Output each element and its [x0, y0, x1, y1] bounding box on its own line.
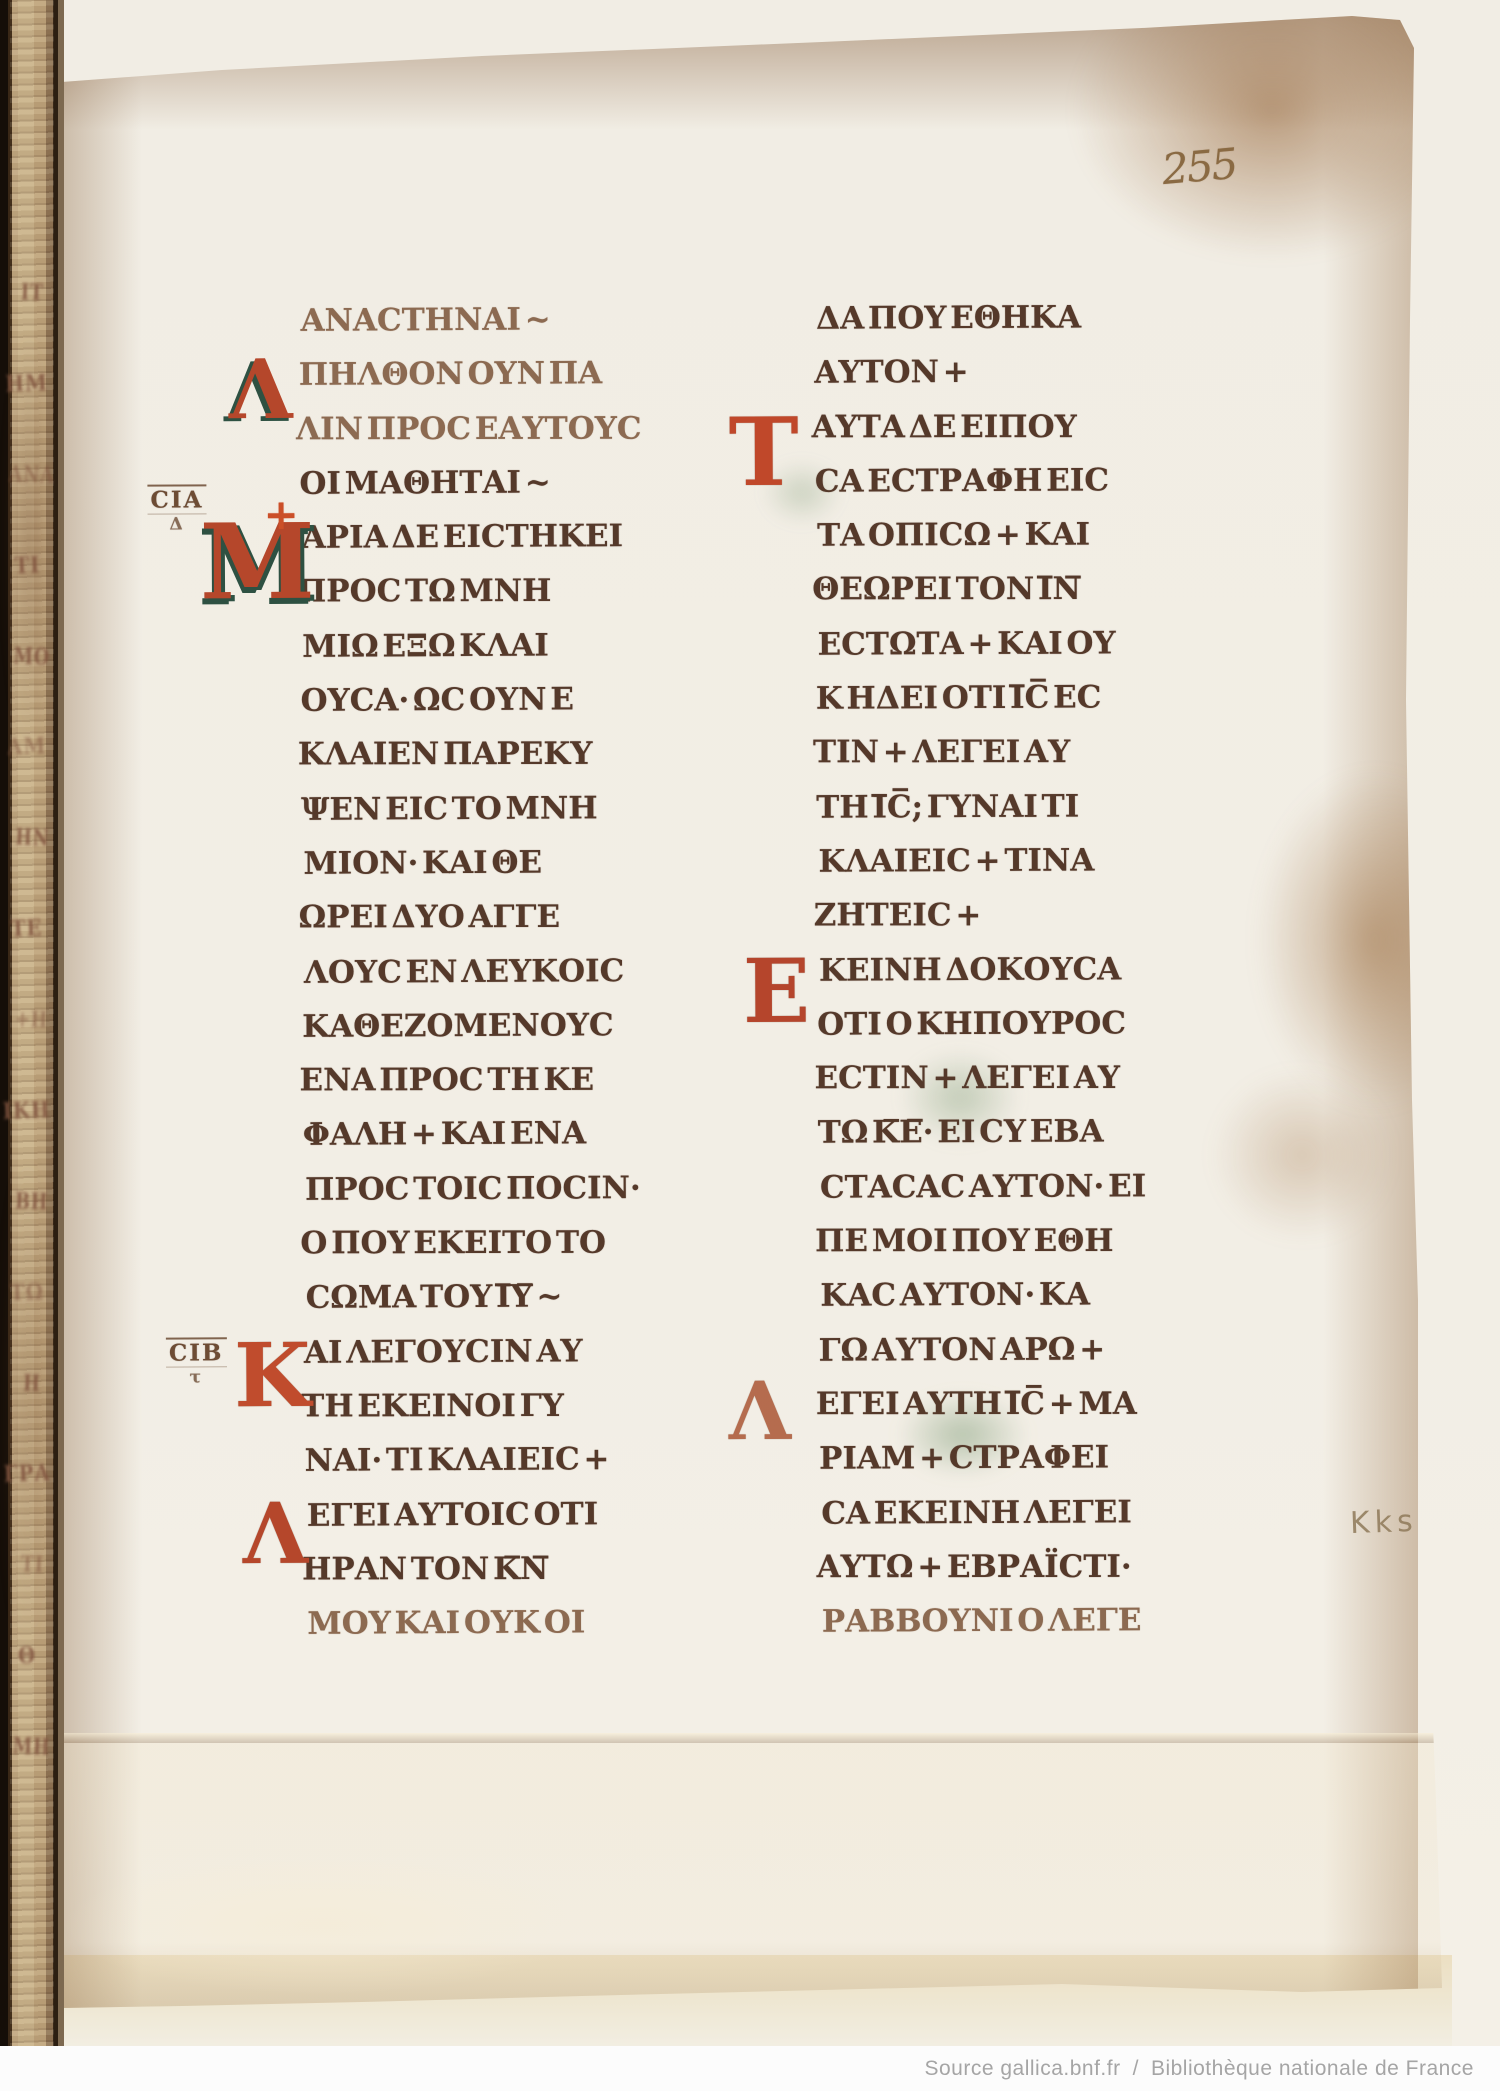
- manuscript-line: ΜΙΟΝ· ΚΑΙ ΘΕ: [301, 844, 631, 900]
- line-text: ΛΙΝ ΠΡΟC ΕΑΥΤΟΥC: [296, 410, 641, 447]
- line-text: ΕCΤΙΝ + ΛΕΓΕΙ ΑΥ: [814, 1060, 1120, 1096]
- manuscript-line: CΤΑCΑC ΑΥΤΟΝ· ΕΙ: [818, 1168, 1148, 1224]
- line-text: ΔΑ ΠΟΥ ΕΘΗΚΑ: [816, 300, 1081, 337]
- manuscript-line: ΚΛΑΙΕΝ ΠΑΡΕΚΥ: [301, 736, 631, 792]
- line-text: ΤΙΝ + ΛΕΓΕΙ ΑΥ: [813, 734, 1070, 770]
- manuscript-line: CΩΜΑ ΤΟΥ Ι̅Υ̅ ~: [304, 1278, 634, 1334]
- line-text: CΤΑCΑC ΑΥΤΟΝ· ΕΙ: [820, 1168, 1146, 1205]
- manuscript-line: ΕΚΕΙΝΗ ΔΟΚΟΥCΑ: [817, 951, 1147, 1007]
- line-text: ΦΑΛΗ + ΚΑΙ ΕΝΑ: [303, 1116, 586, 1153]
- manuscript-line: CΑ ΕΚΕΙΝΗ ΛΕΓΕΙ: [819, 1494, 1149, 1550]
- margin-note-sub: Δ: [148, 515, 207, 535]
- manuscript-line: ΛΕΓΕΙ ΑΥΤΟΙC ΟΤΙ: [305, 1496, 635, 1552]
- line-text: CΩΜΑ ΤΟΥ Ι̅Υ̅ ~: [306, 1279, 563, 1316]
- manuscript-line: ΗΡΑΝ ΤΟΝ Κ̅Ν̅: [305, 1550, 635, 1606]
- manuscript-line: ΡΙΑΜ + CΤΡΑΦΕΙ: [819, 1440, 1149, 1496]
- manuscript-line: ΠΡΟC ΤΟΙC ΠΟCΙΝ·: [303, 1170, 633, 1226]
- line-text: ΜΙΟΝ· ΚΑΙ ΘΕ: [303, 845, 542, 882]
- bleed-text-fragment: ΜΟ: [13, 643, 50, 670]
- left-text-column: ΑΝΑCΤΗΝΑΙ ~ΛΠΗΛΘΟΝ ΟΥΝ ΠΑΛΙΝ ΠΡΟC ΕΑΥΤΟΥ…: [298, 301, 635, 1660]
- manuscript-line: Κ ΗΔΕΙ ΟΤΙ Ι̅C̅ ΕC: [816, 679, 1146, 735]
- line-text: ΕΝΑ ΠΡΟC ΤΗ ΚΕ: [299, 1062, 594, 1099]
- manuscript-line: ΛΙΝ ΠΡΟC ΕΑΥΤΟΥC: [299, 410, 629, 466]
- right-text-column: ΔΑ ΠΟΥ ΕΘΗΚΑΑΥΤΟΝ +ΤΑΥΤΑ ΔΕ ΕΙΠΟΥCΑ ΕCΤΡ…: [814, 299, 1150, 1658]
- light-patch-bottom-left: [62, 1855, 582, 1995]
- manuscript-line: ΚΛΑΙΕΙC + ΤΙΝΑ: [816, 842, 1146, 898]
- bleed-text-fragment: ΑΝΑ: [9, 461, 56, 489]
- bleed-text-fragment: ΜΗ: [13, 1733, 52, 1760]
- line-text: ΨΕΝ ΕΙC ΤΟ ΜΝΗ: [301, 790, 598, 828]
- line-text: ΗΡΑΝ ΤΟΝ Κ̅Ν̅: [302, 1551, 548, 1587]
- line-text: ΤΗ Ι̅C̅; ΓΥΝΑΙ ΤΙ: [816, 788, 1079, 825]
- footer-institution-text: Bibliothèque nationale de France: [1151, 2057, 1474, 2081]
- bleed-text-fragment: ΑΜ: [7, 734, 47, 761]
- decorated-initial: Κ: [234, 1330, 311, 1418]
- manuscript-line: ΚΑC ΑΥΤΟΝ· ΚΑ: [818, 1277, 1148, 1333]
- bleed-text-fragment: ΤΕ: [11, 916, 44, 943]
- manuscript-line: ΤΙΝ + ΛΕΓΕΙ ΑΥ: [816, 734, 1146, 790]
- manuscript-line: ΖΗΤΕΙC +: [817, 897, 1147, 953]
- line-text: CΑ ΕCΤΡΑΦΗ ΕΙC: [815, 462, 1109, 499]
- manuscript-line: ΑΥΤΟΝ +: [814, 354, 1144, 410]
- line-text: ΚΛΑΙΕΙC + ΤΙΝΑ: [818, 842, 1094, 879]
- line-text: ΠΕ ΜΟΙ ΠΟΥ ΕΘΗ: [815, 1223, 1113, 1259]
- bleed-text-fragment: ΗΝ: [14, 825, 49, 852]
- line-text: ΓΩ ΑΥΤΟΝ ΑΡΩ +: [819, 1331, 1106, 1368]
- line-text: ΤΩ Κ̅Ε̅· ΕΙ CΥ ΕΒΑ: [818, 1114, 1104, 1151]
- line-text: ΠΗΛΘΟΝ ΟΥΝ ΠΑ: [299, 356, 603, 394]
- bleed-text-fragment: ΗΜ: [5, 370, 48, 397]
- bleed-text-fragment: ΤΙ: [20, 1552, 44, 1579]
- margin-note-label: CΙΑ: [147, 485, 206, 515]
- line-text: ΜΙΩ ΕΞΩ ΚΛΑΙ: [302, 627, 549, 664]
- manuscript-line: ΚCΙΒτΑΙ ΛΕΓΟΥCΙΝ ΑΥ: [304, 1333, 634, 1389]
- book-fore-edge: ΙΤΗΜΑΝΑΤΙΜΟΑΜΗΝΤΕ+ΗΙΚΗΒΗΤΩΗΓΡΑΤΙΘΜΗ: [0, 0, 64, 2046]
- stain-right-large: [1257, 770, 1492, 1110]
- line-text: ΤΗ ΕΚΕΙΝΟΙ ΓΥ: [301, 1388, 564, 1424]
- manuscript-line: ΤΗ ΕΚΕΙΝΟΙ ΓΥ: [304, 1387, 634, 1443]
- bleed-text-fragment: Η: [23, 1370, 41, 1397]
- line-text: ΝΑΙ· ΤΙ ΚΛΑΙΕΙC +: [304, 1441, 609, 1479]
- line-text: ΤΑ ΟΠΙCΩ + ΚΑΙ: [817, 517, 1090, 554]
- decorated-initial: Λ: [229, 349, 293, 431]
- line-text: ΛΟΥC ΕΝ ΛΕΥΚΟΙC: [304, 953, 625, 991]
- manuscript-line: Μ+CΙΑΔΑΡΙΑ ΔΕ ΕΙCΤΗΚΕΙ: [300, 518, 630, 574]
- manuscript-line: ΤΩ Κ̅Ε̅· ΕΙ CΥ ΕΒΑ: [818, 1114, 1148, 1170]
- manuscript-line: ΟΙ ΜΑΘΗΤΑΙ ~: [299, 464, 629, 520]
- manuscript-line: ΘΕΩΡΕΙ ΤΟΝ Ι̅Ν̅: [815, 571, 1145, 627]
- bleed-text-column: ΙΤΗΜΑΝΑΤΙΜΟΑΜΗΝΤΕ+ΗΙΚΗΒΗΤΩΗΓΡΑΤΙΘΜΗ: [6, 280, 52, 1760]
- stain-right-small: [1212, 1070, 1392, 1240]
- manuscript-line: ΠΕ ΜΟΙ ΠΟΥ ΕΘΗ: [818, 1222, 1148, 1278]
- line-text: ΑΡΙΑ ΔΕ ΕΙCΤΗΚΕΙ: [302, 518, 624, 556]
- manuscript-line: Ο ΠΟΥ ΕΚΕΙΤΟ ΤΟ: [303, 1224, 633, 1280]
- line-text: ΡΙΑΜ + CΤΡΑΦΕΙ: [819, 1440, 1109, 1477]
- line-text: ΠΡΟC ΤΩ ΜΝΗ: [297, 573, 552, 609]
- manuscript-line: ΕΝΑ ΠΡΟC ΤΗ ΚΕ: [302, 1061, 632, 1117]
- manuscript-line: ΩΡΕΙ ΔΥΟ ΑΓΓΕ: [302, 898, 632, 954]
- manuscript-line: ΛΠΗΛΘΟΝ ΟΥΝ ΠΑ: [299, 355, 629, 411]
- margin-lection-number: CΙΑΔ: [147, 485, 206, 535]
- pencil-mark: Kks: [1349, 1504, 1418, 1541]
- page-gutter-shading: [62, 0, 142, 2012]
- bleed-text-fragment: ΤΙ: [14, 552, 41, 579]
- line-text: ΚΕΙΝΗ ΔΟΚΟΥCΑ: [819, 951, 1122, 988]
- manuscript-line: ΑΝΑCΤΗΝΑΙ ~: [298, 301, 628, 357]
- manuscript-line: ΚΑΘΕΖΟΜΕΝΟΥC: [302, 1007, 632, 1063]
- line-text: ΟΥCΑ· ΩC ΟΥΝ Ε: [300, 682, 574, 719]
- red-cross-mark: +: [263, 490, 298, 539]
- footer-bar: Source gallica.bnf.fr / Bibliothèque nat…: [0, 2046, 1500, 2091]
- line-text: ΕΓΕΙ ΑΥΤΟΙC ΟΤΙ: [307, 1496, 599, 1534]
- bleed-text-fragment: ΒΗ: [15, 1188, 49, 1215]
- manuscript-line: ΟΤΙ Ο ΚΗΠΟΥΡΟC: [817, 1005, 1147, 1061]
- line-text: ΟΤΙ Ο ΚΗΠΟΥΡΟC: [817, 1005, 1126, 1042]
- bleed-text-fragment: ΙΚΗ: [3, 1097, 52, 1125]
- folio-number: 255: [1160, 139, 1238, 194]
- manuscript-line: ΟΥCΑ· ΩC ΟΥΝ Ε: [300, 681, 630, 737]
- decorated-initial: Λ: [729, 1371, 791, 1451]
- line-text: ΑΥΤΟΝ +: [814, 354, 969, 391]
- manuscript-line: ΦΑΛΗ + ΚΑΙ ΕΝΑ: [303, 1116, 633, 1172]
- bleed-text-fragment: ΓΡΑ: [3, 1461, 51, 1489]
- margin-note-label: CΙΒ: [166, 1337, 227, 1367]
- manuscript-line: ΤΑΥΤΑ ΔΕ ΕΙΠΟΥ: [815, 408, 1145, 464]
- line-text: ΕΓΕΙ ΑΥΤΗ Ι̅C̅ + ΜΑ: [816, 1386, 1137, 1422]
- line-text: ΑΥΤΩ + ΕΒΡΑΪCΤΙ·: [817, 1549, 1132, 1585]
- stain-top-right: [1072, 0, 1472, 260]
- manuscript-line: ΠΡΟC ΤΩ ΜΝΗ: [300, 573, 630, 629]
- line-text: ΠΡΟC ΤΟΙC ΠΟCΙΝ·: [305, 1170, 641, 1208]
- line-text: ΚΛΑΙΕΝ ΠΑΡΕΚΥ: [298, 736, 593, 773]
- footer-separator: /: [1133, 2057, 1139, 2081]
- line-text: Κ ΗΔΕΙ ΟΤΙ Ι̅C̅ ΕC: [816, 680, 1102, 717]
- line-text: Ο ΠΟΥ ΕΚΕΙΤΟ ΤΟ: [300, 1225, 606, 1262]
- line-text: ΖΗΤΕΙC +: [814, 898, 982, 934]
- line-text: ΑΥΤΑ ΔΕ ΕΙΠΟΥ: [812, 409, 1077, 445]
- manuscript-photo: 255 Kks ΑΝΑCΤΗΝΑΙ ~ΛΠΗΛΘΟΝ ΟΥΝ ΠΑΛΙΝ ΠΡΟ…: [0, 0, 1500, 2046]
- manuscript-line: ΔΑ ΠΟΥ ΕΘΗΚΑ: [814, 299, 1144, 355]
- line-text: CΑ ΕΚΕΙΝΗ ΛΕΓΕΙ: [821, 1494, 1132, 1531]
- line-text: ΚΑΘΕΖΟΜΕΝΟΥC: [302, 1007, 614, 1045]
- bleed-text-fragment: Θ: [17, 1643, 36, 1670]
- manuscript-line: ΨΕΝ ΕΙC ΤΟ ΜΝΗ: [301, 790, 631, 846]
- manuscript-line: ΜΟΥ ΚΑΙ ΟΥΚ ΟΙ: [305, 1604, 635, 1660]
- manuscript-line: ΕCΤΙΝ + ΛΕΓΕΙ ΑΥ: [817, 1059, 1147, 1115]
- parchment-page: 255 Kks ΑΝΑCΤΗΝΑΙ ~ΛΠΗΛΘΟΝ ΟΥΝ ΠΑΛΙΝ ΠΡΟ…: [62, 0, 1448, 2012]
- decorated-initial: Ε: [743, 946, 810, 1034]
- bleed-text-fragment: ΙΤ: [20, 280, 44, 307]
- manuscript-line: ΛΟΥC ΕΝ ΛΕΥΚΟΙC: [302, 953, 632, 1009]
- line-text: ΑΙ ΛΕΓΟΥCΙΝ ΑΥ: [304, 1333, 583, 1370]
- decorated-initial: Λ: [243, 1491, 309, 1575]
- manuscript-line: ΑΥΤΩ + ΕΒΡΑΪCΤΙ·: [819, 1548, 1149, 1604]
- manuscript-line: ΛΕΓΕΙ ΑΥΤΗ Ι̅C̅ + ΜΑ: [819, 1385, 1149, 1441]
- margin-note-sub: τ: [166, 1367, 227, 1387]
- margin-lection-number: CΙΒτ: [166, 1337, 227, 1387]
- line-text: ΚΑC ΑΥΤΟΝ· ΚΑ: [820, 1277, 1090, 1314]
- decorated-initial: Τ: [728, 405, 798, 499]
- manuscript-line: ΡΑΒΒΟΥΝΙ Ο ΛΕΓΕ: [820, 1602, 1150, 1658]
- line-text: ΩΡΕΙ ΔΥΟ ΑΓΓΕ: [299, 899, 561, 935]
- line-text: ΡΑΒΒΟΥΝΙ Ο ΛΕΓΕ: [822, 1602, 1142, 1639]
- horizontal-crease: [62, 1733, 1448, 1743]
- manuscript-line: ΝΑΙ· ΤΙ ΚΛΑΙΕΙC +: [304, 1441, 634, 1497]
- line-text: ΘΕΩΡΕΙ ΤΟΝ Ι̅Ν̅: [812, 572, 1081, 608]
- manuscript-line: ΤΗ Ι̅C̅; ΓΥΝΑΙ ΤΙ: [816, 788, 1146, 844]
- manuscript-line: CΑ ΕCΤΡΑΦΗ ΕΙC: [815, 462, 1145, 518]
- line-text: ΜΟΥ ΚΑΙ ΟΥΚ ΟΙ: [307, 1605, 585, 1642]
- manuscript-line: ΕCΤΩΤΑ + ΚΑΙ ΟΥ: [815, 625, 1145, 681]
- line-text: ΑΝΑCΤΗΝΑΙ ~: [300, 302, 550, 339]
- line-text: ΕCΤΩΤΑ + ΚΑΙ ΟΥ: [817, 625, 1115, 662]
- footer-source-text: Source gallica.bnf.fr: [924, 2057, 1120, 2081]
- bleed-text-fragment: +Η: [15, 1006, 49, 1033]
- bleed-text-fragment: ΤΩ: [9, 1279, 44, 1306]
- manuscript-line: ΜΙΩ ΕΞΩ ΚΛΑΙ: [300, 627, 630, 683]
- manuscript-line: ΓΩ ΑΥΤΟΝ ΑΡΩ +: [819, 1331, 1149, 1387]
- manuscript-line: ΤΑ ΟΠΙCΩ + ΚΑΙ: [815, 516, 1145, 572]
- line-text: ΟΙ ΜΑΘΗΤΑΙ ~: [299, 464, 551, 501]
